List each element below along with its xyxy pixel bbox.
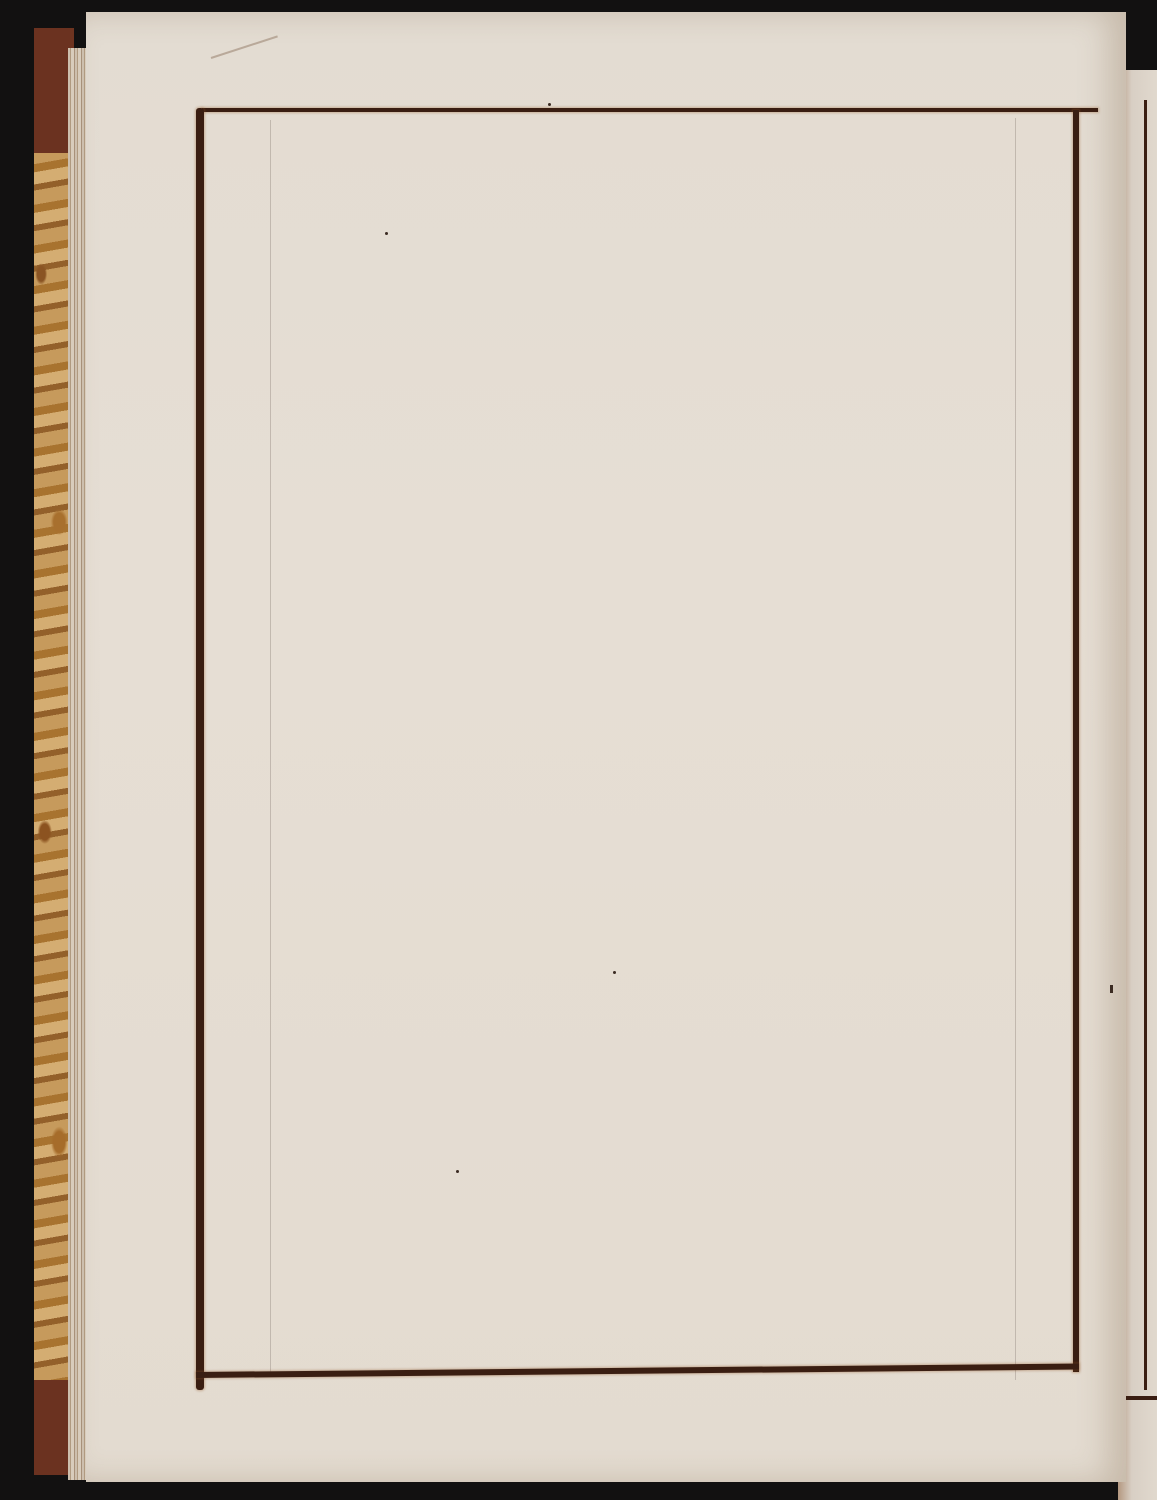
frame-top	[202, 108, 1098, 112]
paper-speck	[385, 232, 388, 235]
frame-bottom	[196, 1364, 1079, 1378]
paper-speck	[1110, 985, 1113, 993]
paper-speck	[548, 103, 551, 106]
facing-page-frame-bottom	[1122, 1396, 1157, 1400]
facing-page-frame-line	[1144, 100, 1147, 1390]
corner-fold-mark	[211, 35, 278, 59]
paper-speck	[456, 1170, 459, 1173]
cover-corner-bottom	[34, 1380, 70, 1475]
cover-corner-top	[34, 28, 70, 153]
left-cover-marbled-paper	[34, 150, 70, 1390]
ink-border-frame	[196, 108, 1098, 1390]
paper-speck	[613, 971, 616, 974]
book-photograph	[0, 0, 1157, 1500]
frame-right	[1073, 110, 1079, 1372]
frame-left	[196, 108, 204, 1390]
